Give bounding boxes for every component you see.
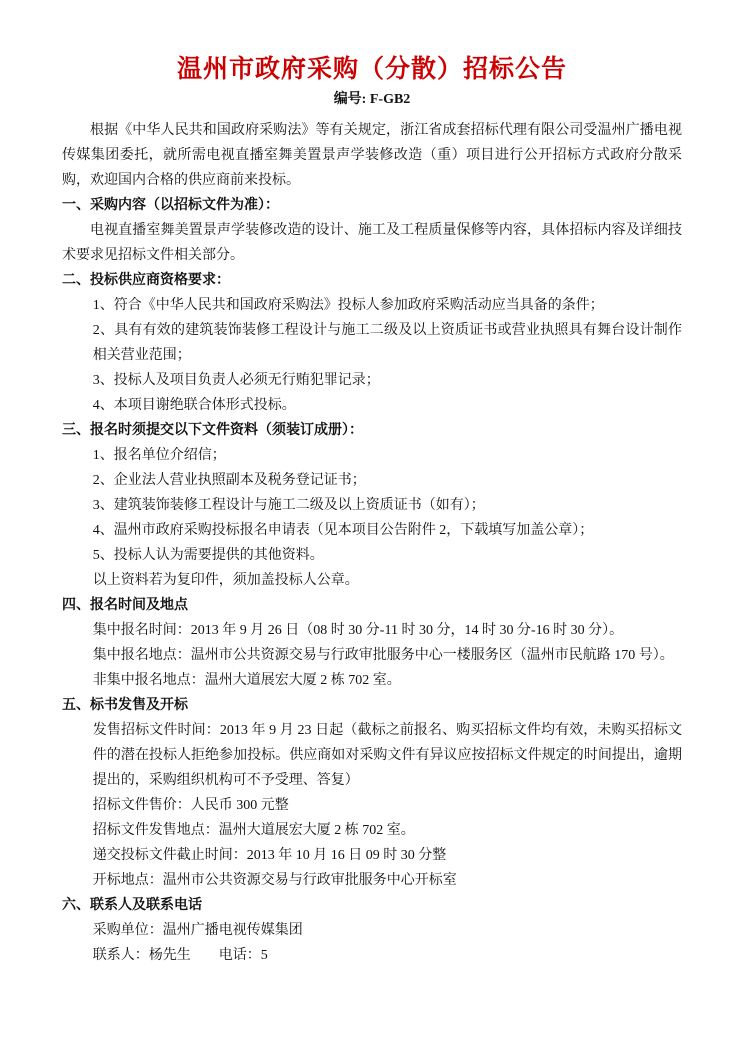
intro-paragraph: 根据《中华人民共和国政府采购法》等有关规定，浙江省成套招标代理有限公司受温州广播… [62,118,682,193]
list-item: 4、本项目谢绝联合体形式投标。 [93,393,682,418]
section-heading: 一、采购内容（以招标文件为准）： [62,193,682,218]
list-item: 5、投标人认为需要提供的其他资料。 [93,543,682,568]
list-item: 集中报名地点：温州市公共资源交易与行政审批服务中心一楼服务区（温州市民航路 17… [93,643,682,668]
section-contact: 六、联系人及联系电话 采购单位：温州广播电视传媒集团 联系人：杨先生 电话：5 [62,893,682,968]
list-item: 2、企业法人营业执照副本及税务登记证书； [93,468,682,493]
section-registration-documents: 三、报名时须提交以下文件资料（须装订成册）： 1、报名单位介绍信； 2、企业法人… [62,418,682,593]
list-item: 3、建筑装饰装修工程设计与施工二级及以上资质证书（如有）； [93,493,682,518]
document-title: 温州市政府采购（分散）招标公告 [62,54,682,86]
section-supplier-qualification: 二、投标供应商资格要求： 1、符合《中华人民共和国政府采购法》投标人参加政府采购… [62,268,682,418]
list-item: 3、投标人及项目负责人必须无行贿犯罪记录； [93,368,682,393]
list-item: 采购单位：温州广播电视传媒集团 [93,918,682,943]
document-number: 编号: F-GB2 [62,89,682,111]
list-item: 招标文件售价：人民币 300 元整 [93,793,682,818]
section-heading: 五、标书发售及开标 [62,693,682,718]
section-heading: 四、报名时间及地点 [62,593,682,618]
list-item: 1、符合《中华人民共和国政府采购法》投标人参加政府采购活动应当具备的条件； [93,293,682,318]
list-item: 4、温州市政府采购投标报名申请表（见本项目公告附件 2，下载填写加盖公章）； [93,518,682,543]
list-item: 递交投标文件截止时间：2013 年 10 月 16 日 09 时 30 分整 [93,843,682,868]
section-purchase-content: 一、采购内容（以招标文件为准）： 电视直播室舞美置景声学装修改造的设计、施工及工… [62,193,682,268]
section-heading: 三、报名时须提交以下文件资料（须装订成册）： [62,418,682,443]
section-registration-time-place: 四、报名时间及地点 集中报名时间：2013 年 9 月 26 日（08 时 30… [62,593,682,693]
list-item: 以上资料若为复印件，须加盖投标人公章。 [93,568,682,593]
list-item: 联系人：杨先生 电话：5 [93,943,682,968]
section-heading: 六、联系人及联系电话 [62,893,682,918]
list-item: 发售招标文件时间：2013 年 9 月 23 日起（截标之前报名、购买招标文件均… [93,718,682,793]
section-paragraph: 电视直播室舞美置景声学装修改造的设计、施工及工程质量保修等内容，具体招标内容及详… [62,218,682,268]
list-item: 开标地点：温州市公共资源交易与行政审批服务中心开标室 [93,868,682,893]
section-document-sale-bid-opening: 五、标书发售及开标 发售招标文件时间：2013 年 9 月 23 日起（截标之前… [62,693,682,893]
list-item: 招标文件发售地点：温州大道展宏大厦 2 栋 702 室。 [93,818,682,843]
document-page: 温州市政府采购（分散）招标公告 编号: F-GB2 根据《中华人民共和国政府采购… [0,0,744,1052]
section-heading: 二、投标供应商资格要求： [62,268,682,293]
list-item: 1、报名单位介绍信； [93,443,682,468]
list-item: 2、具有有效的建筑装饰装修工程设计与施工二级及以上资质证书或营业执照具有舞台设计… [93,318,682,368]
list-item: 集中报名时间：2013 年 9 月 26 日（08 时 30 分-11 时 30… [93,618,682,643]
list-item: 非集中报名地点：温州大道展宏大厦 2 栋 702 室。 [93,668,682,693]
